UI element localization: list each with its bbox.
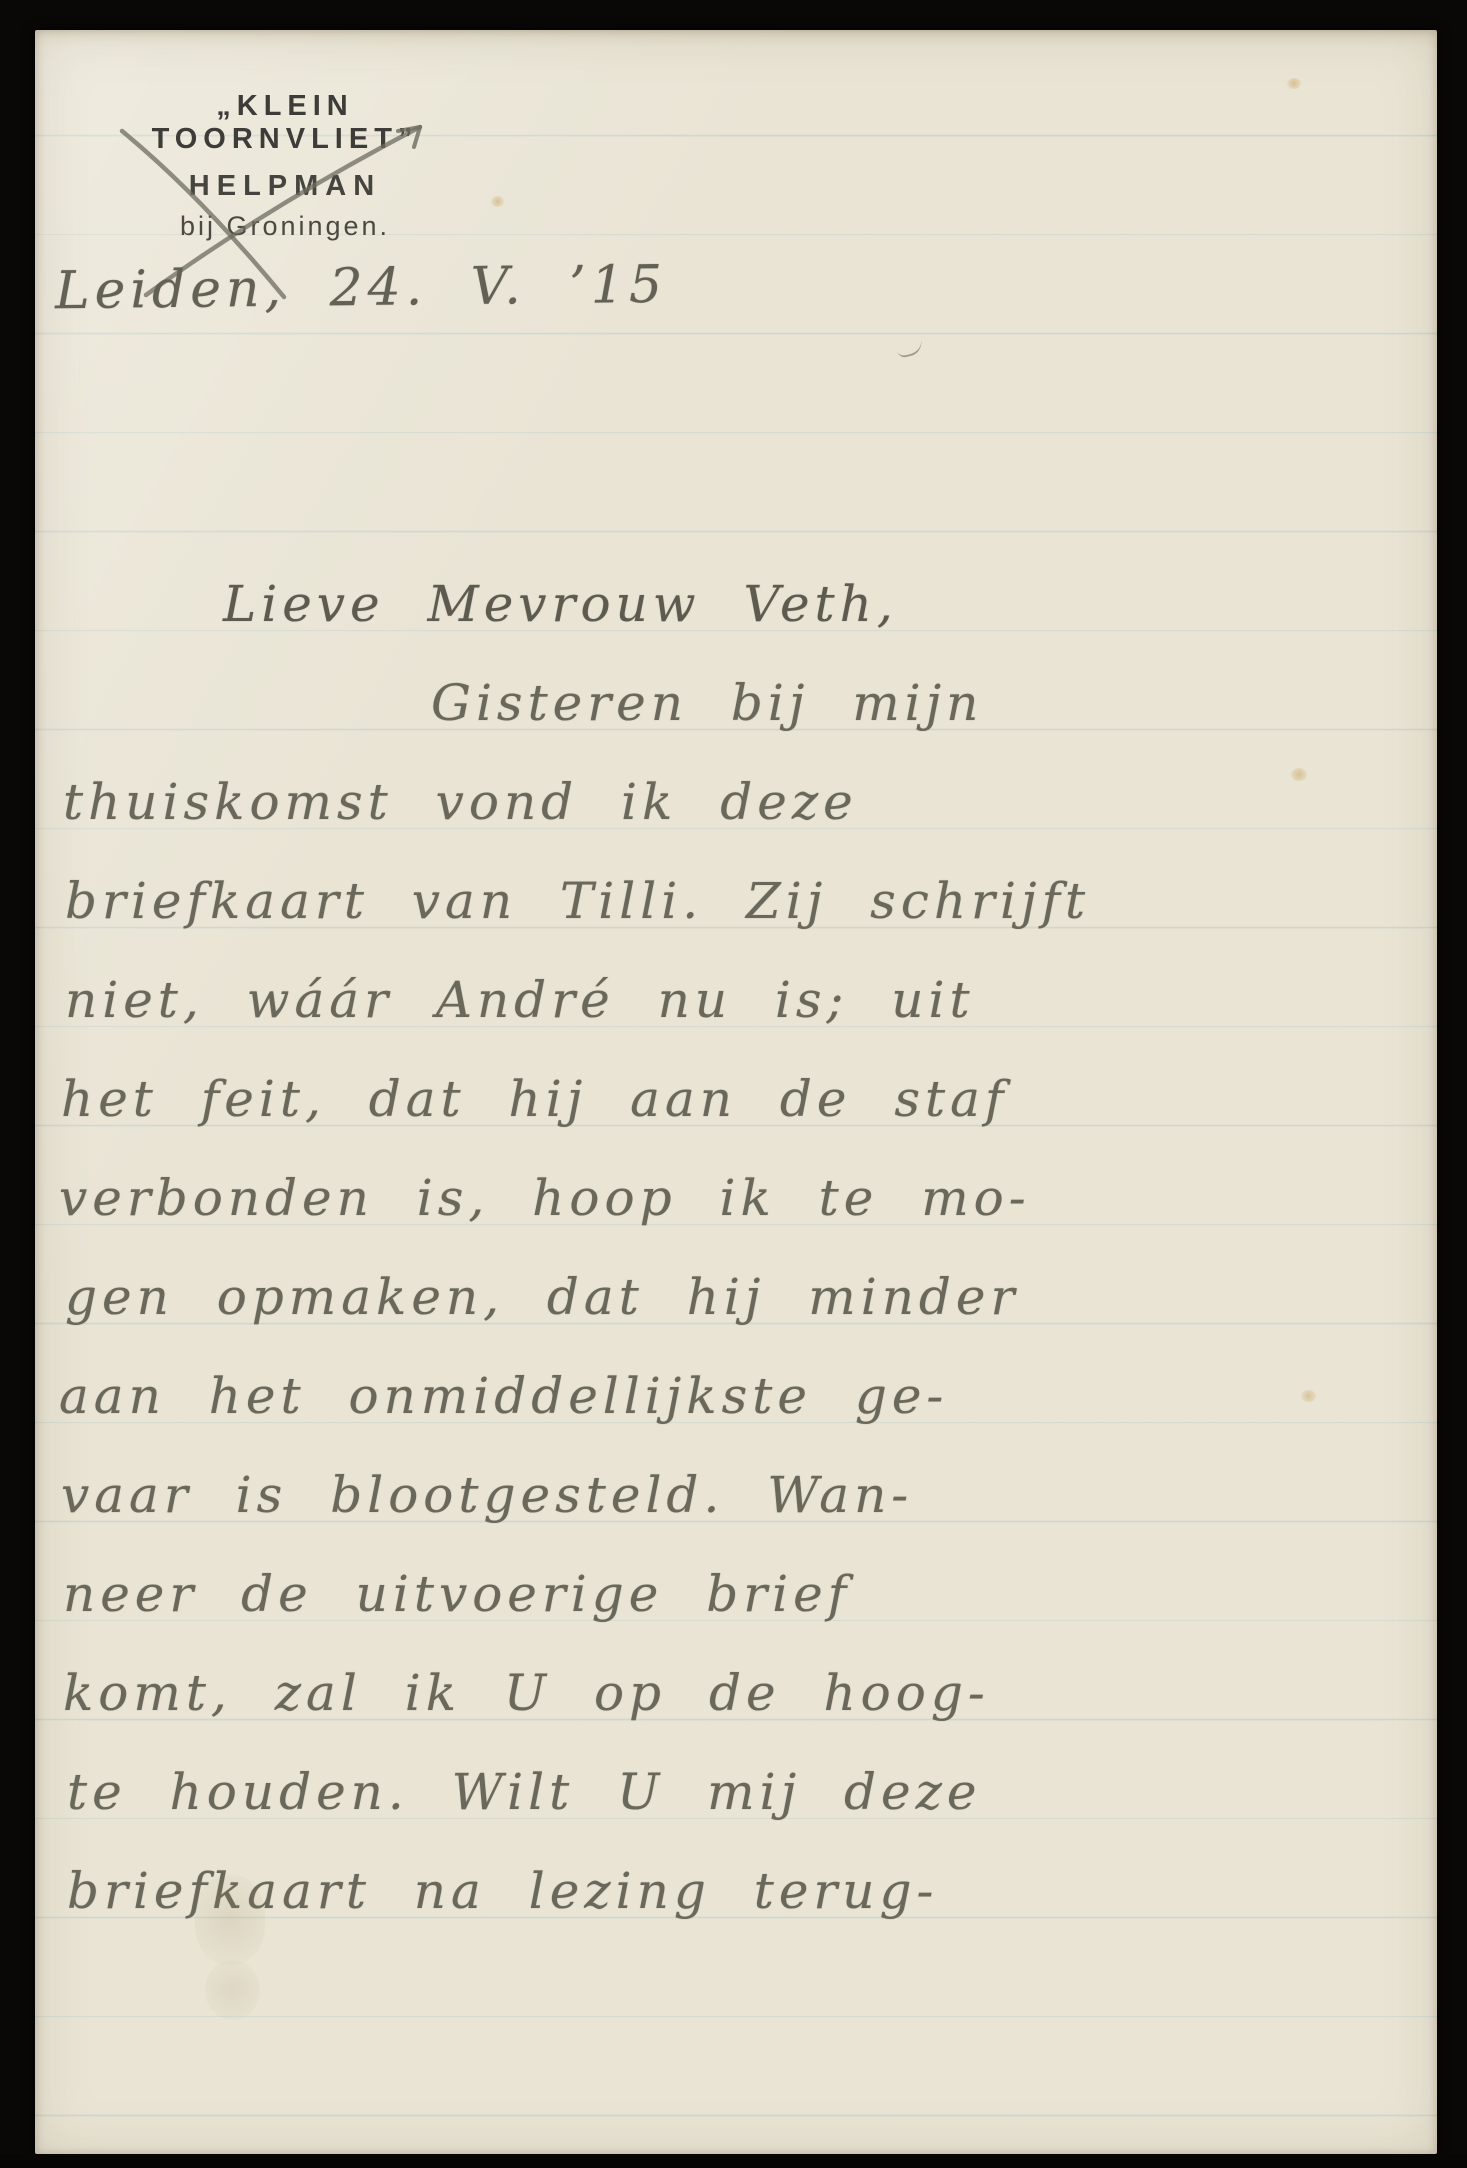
salutation: Lieve Mevrouw Veth,: [223, 578, 898, 630]
body-line: vaar is blootgesteld. Wan-: [61, 1469, 913, 1521]
body-line: het feit, dat hij aan de staf: [61, 1073, 1008, 1125]
body-line: aan het onmiddellijkste ge-: [59, 1370, 948, 1422]
foxing-spot: [491, 196, 504, 207]
stray-ink-mark: [896, 339, 925, 359]
letterhead-estate-name: „KLEIN TOORNVLIET”: [85, 90, 485, 156]
body-line: komt, zal ik U op de hoog-: [63, 1667, 990, 1719]
body-line: Gisteren bij mijn: [431, 677, 983, 729]
body-line: briefkaart van Tilli. Zij schrijft: [65, 875, 1090, 927]
dateline: Leiden, 24. V. ’15: [55, 259, 668, 317]
foxing-spot: [1291, 768, 1307, 781]
scan-bottom-edge: [0, 2154, 1467, 2168]
body-line: briefkaart na lezing terug-: [67, 1865, 938, 1917]
letterhead-region: bij Groningen.: [85, 211, 485, 242]
body-line: verbonden is, hoop ik te mo-: [59, 1172, 1031, 1224]
body-line: neer de uitvoerige brief: [63, 1568, 851, 1620]
body-line: gen opmaken, dat hij minder: [65, 1271, 1019, 1323]
letterhead-place: HELPMAN: [85, 170, 485, 203]
letterhead: „KLEIN TOORNVLIET” HELPMAN bij Groningen…: [85, 90, 485, 242]
body-line: thuiskomst vond ik deze: [63, 776, 858, 828]
foxing-spot: [1287, 78, 1301, 89]
scan-background: „KLEIN TOORNVLIET” HELPMAN bij Groningen…: [0, 0, 1467, 2168]
body-line: te houden. Wilt U mij deze: [67, 1766, 982, 1818]
foxing-spot: [1301, 1390, 1316, 1402]
body-line: niet, wáár André nu is; uit: [65, 974, 975, 1026]
letter-paper: „KLEIN TOORNVLIET” HELPMAN bij Groningen…: [35, 30, 1437, 2154]
smudge-stain: [205, 1960, 260, 2020]
